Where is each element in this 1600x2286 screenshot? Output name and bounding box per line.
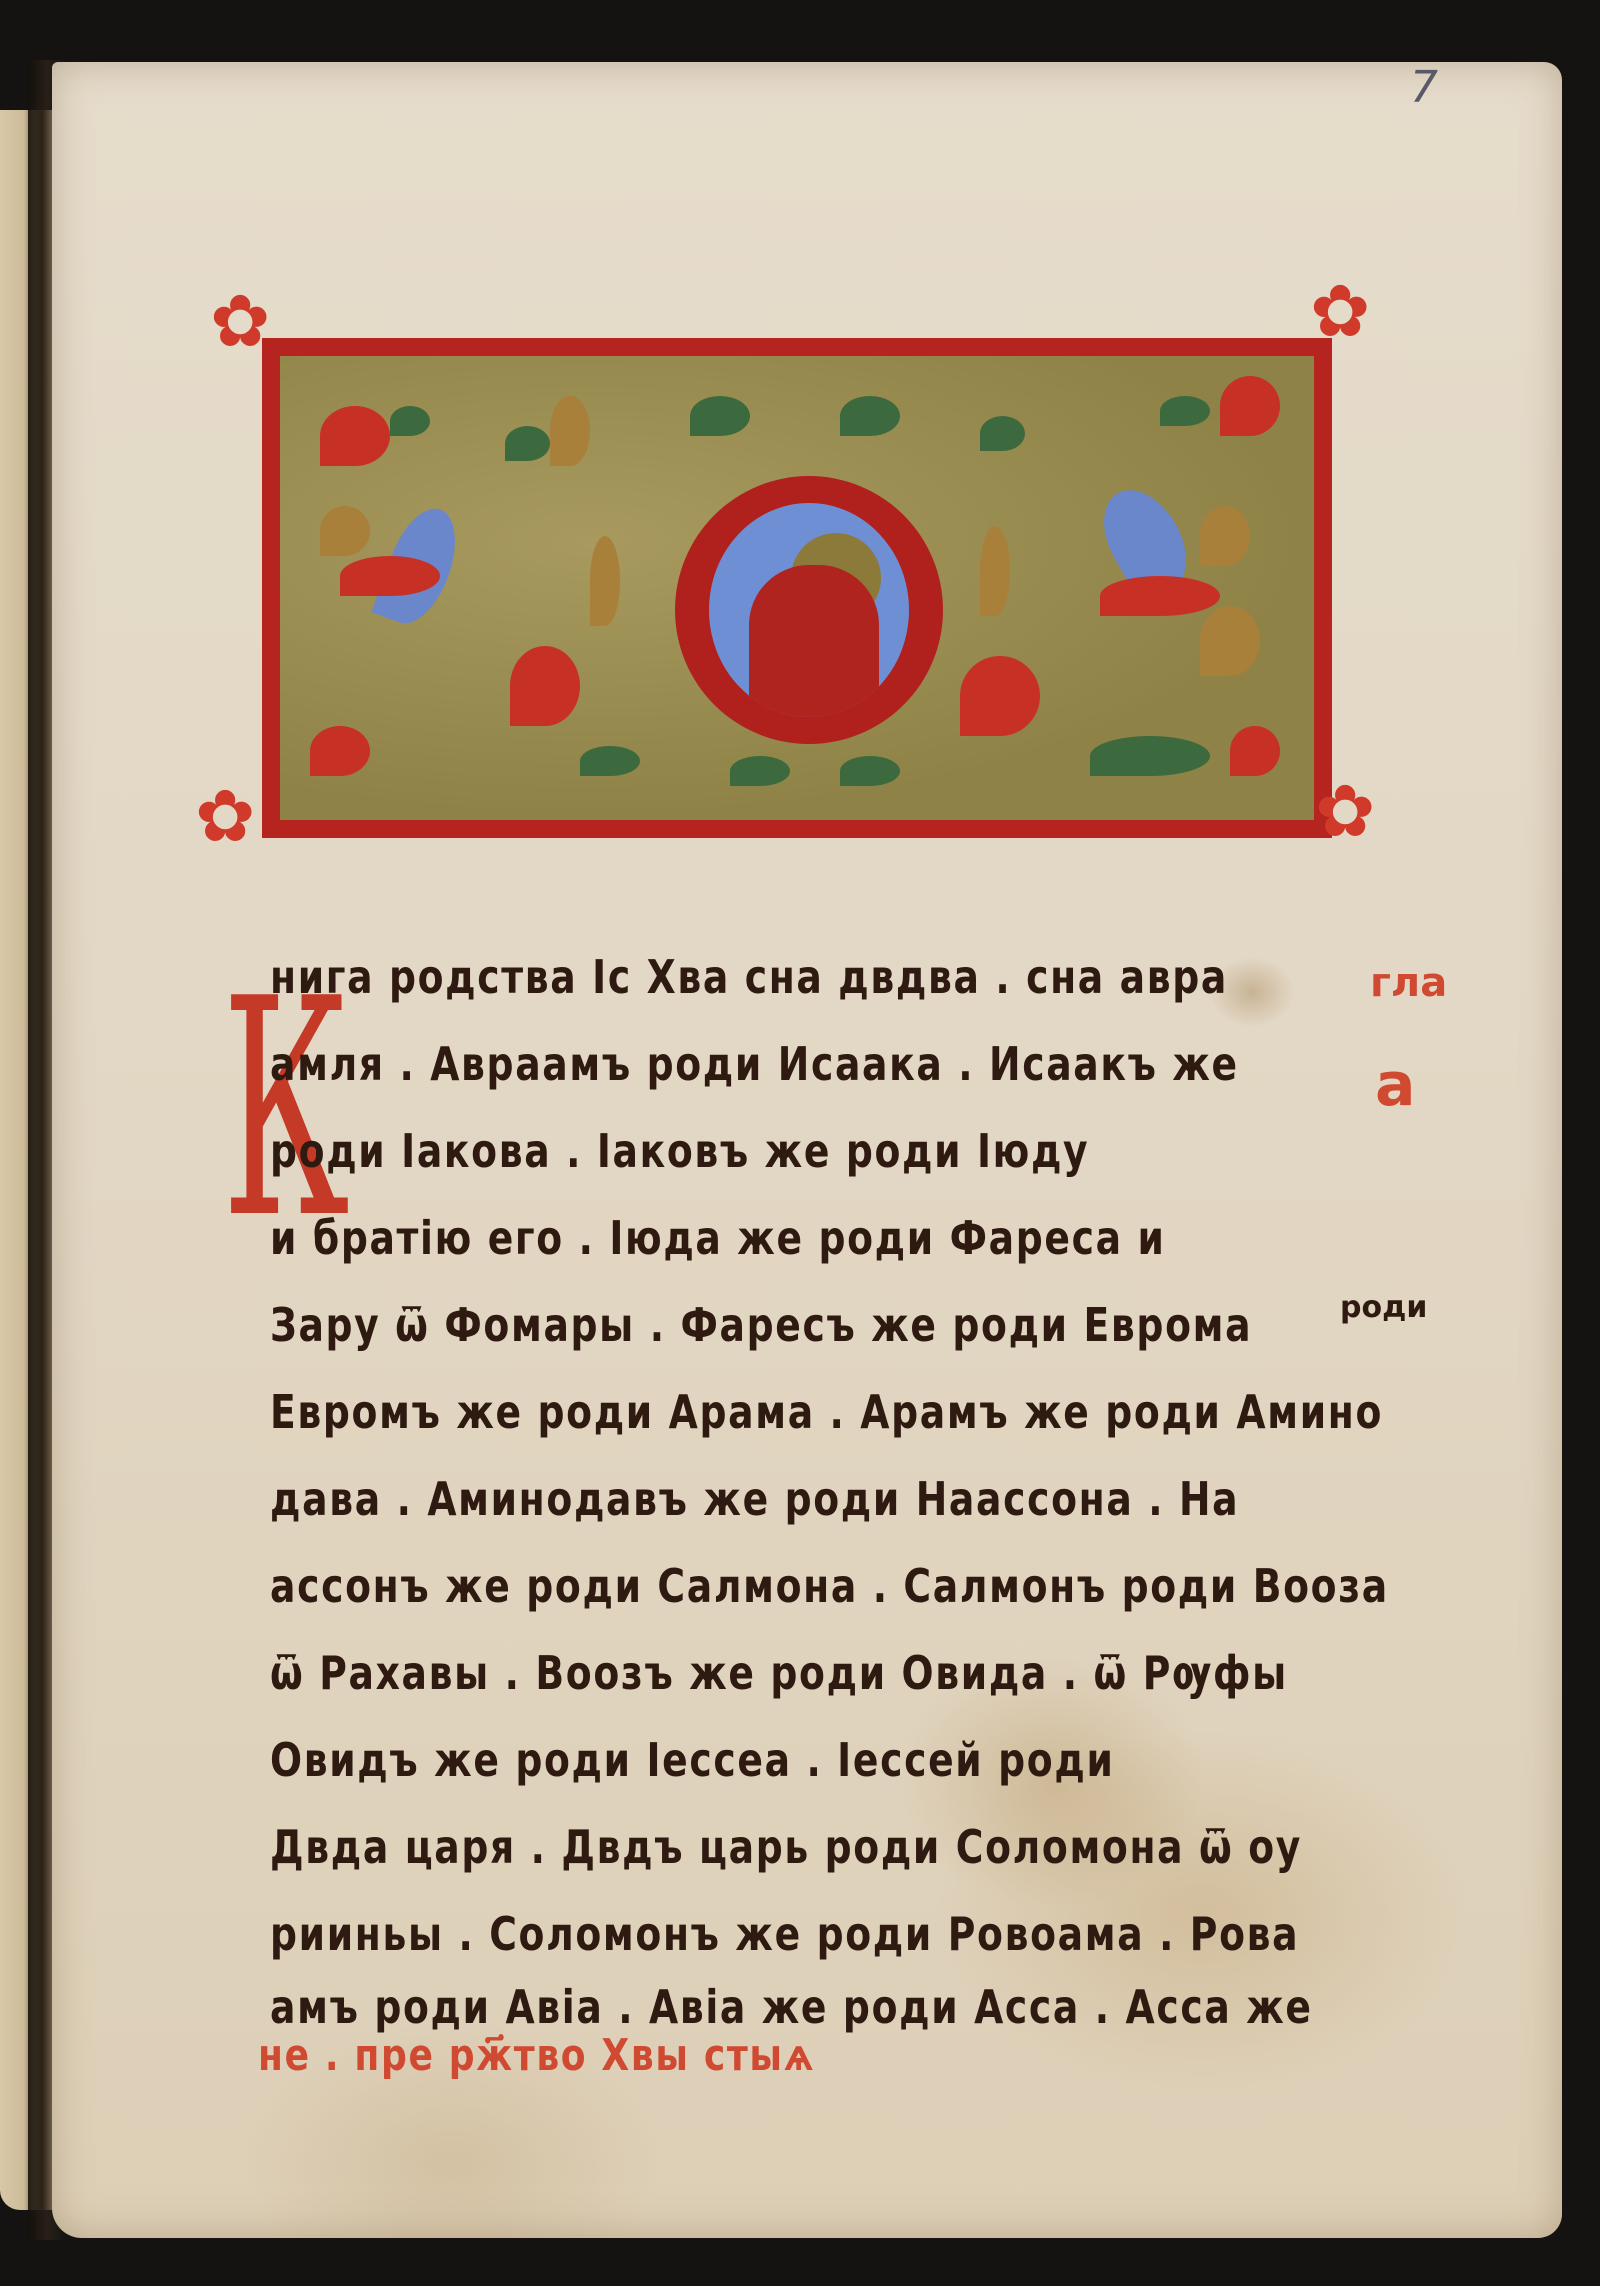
- corner-flourish-top-right: ✿: [1310, 275, 1370, 347]
- evangelist-medallion: [675, 476, 943, 744]
- leaf-ornament: [550, 396, 590, 466]
- corner-flourish-bottom-left: ✿: [195, 780, 255, 852]
- tulip-ornament: [510, 646, 580, 726]
- leaf-ornament: [690, 396, 750, 436]
- leaf-ornament: [1200, 506, 1250, 566]
- folio-number: 7: [1410, 62, 1438, 113]
- medallion-background: [709, 503, 909, 717]
- flower-ornament: [340, 556, 440, 596]
- tulip-ornament: [960, 656, 1040, 736]
- rubric-line: не . пре рж҃тво Хвы стыѧ: [258, 2030, 815, 2081]
- text-line: амъ роди Авіа . Авіа же роди Асса . Асса…: [270, 1980, 1313, 2034]
- flower-ornament: [1230, 726, 1280, 776]
- leaf-ornament: [980, 416, 1025, 451]
- flower-ornament: [310, 726, 370, 776]
- text-line: ѿ Рахавы . Воозъ же роди Овида . ѿ Рѹфы: [270, 1646, 1288, 1700]
- flower-ornament: [1100, 576, 1220, 616]
- flower-ornament: [1220, 376, 1280, 436]
- corner-flourish-bottom-right: ✿: [1315, 775, 1375, 847]
- text-line: нига родства Іс Хва сна двдва . сна авра: [270, 950, 1228, 1004]
- corner-flourish-top-left: ✿: [210, 285, 270, 357]
- leaf-ornament: [390, 406, 430, 436]
- text-line: ассонъ же роди Салмона . Салмонъ роди Во…: [270, 1559, 1389, 1613]
- leaf-ornament: [840, 396, 900, 436]
- leaf-ornament: [1090, 736, 1210, 776]
- leaf-ornament: [505, 426, 550, 461]
- leaf-ornament: [580, 746, 640, 776]
- leaf-ornament: [1160, 396, 1210, 426]
- leaf-ornament: [1200, 606, 1260, 676]
- text-line: Евромъ же роди Арама . Арамъ же роди Ами…: [270, 1385, 1383, 1439]
- flower-ornament: [320, 406, 390, 466]
- evangelist-figure: [749, 565, 879, 717]
- text-line: амля . Авраамъ роди Исаака . Исаакъ же: [270, 1037, 1239, 1091]
- leaf-ornament: [840, 756, 900, 786]
- text-line: Овидъ же роди Іессеа . Іессей роди: [270, 1733, 1115, 1787]
- text-line: роди Іакова . Іаковъ же роди Іюду: [270, 1124, 1089, 1178]
- text-line: Двда царя . Двдъ царь роди Соломона ѿ оу: [270, 1820, 1302, 1874]
- illuminated-headpiece: [262, 338, 1332, 838]
- text-line: дава . Аминодавъ же роди Наассона . На: [270, 1472, 1239, 1526]
- text-line: Зару ѿ Фомары . Фаресъ же роди Еврома: [270, 1298, 1252, 1352]
- margin-note: роди: [1340, 1290, 1427, 1325]
- bud-ornament: [590, 536, 620, 626]
- margin-chapter-numeral: а: [1375, 1050, 1416, 1120]
- text-line: рииньы . Соломонъ же роди Ровоама . Рова: [270, 1907, 1299, 1961]
- margin-chapter-title: гла: [1370, 960, 1447, 1006]
- text-line: и братію его . Іюда же роди Фареса и: [270, 1211, 1166, 1265]
- leaf-ornament: [730, 756, 790, 786]
- leaf-ornament: [320, 506, 370, 556]
- bud-ornament: [980, 526, 1010, 616]
